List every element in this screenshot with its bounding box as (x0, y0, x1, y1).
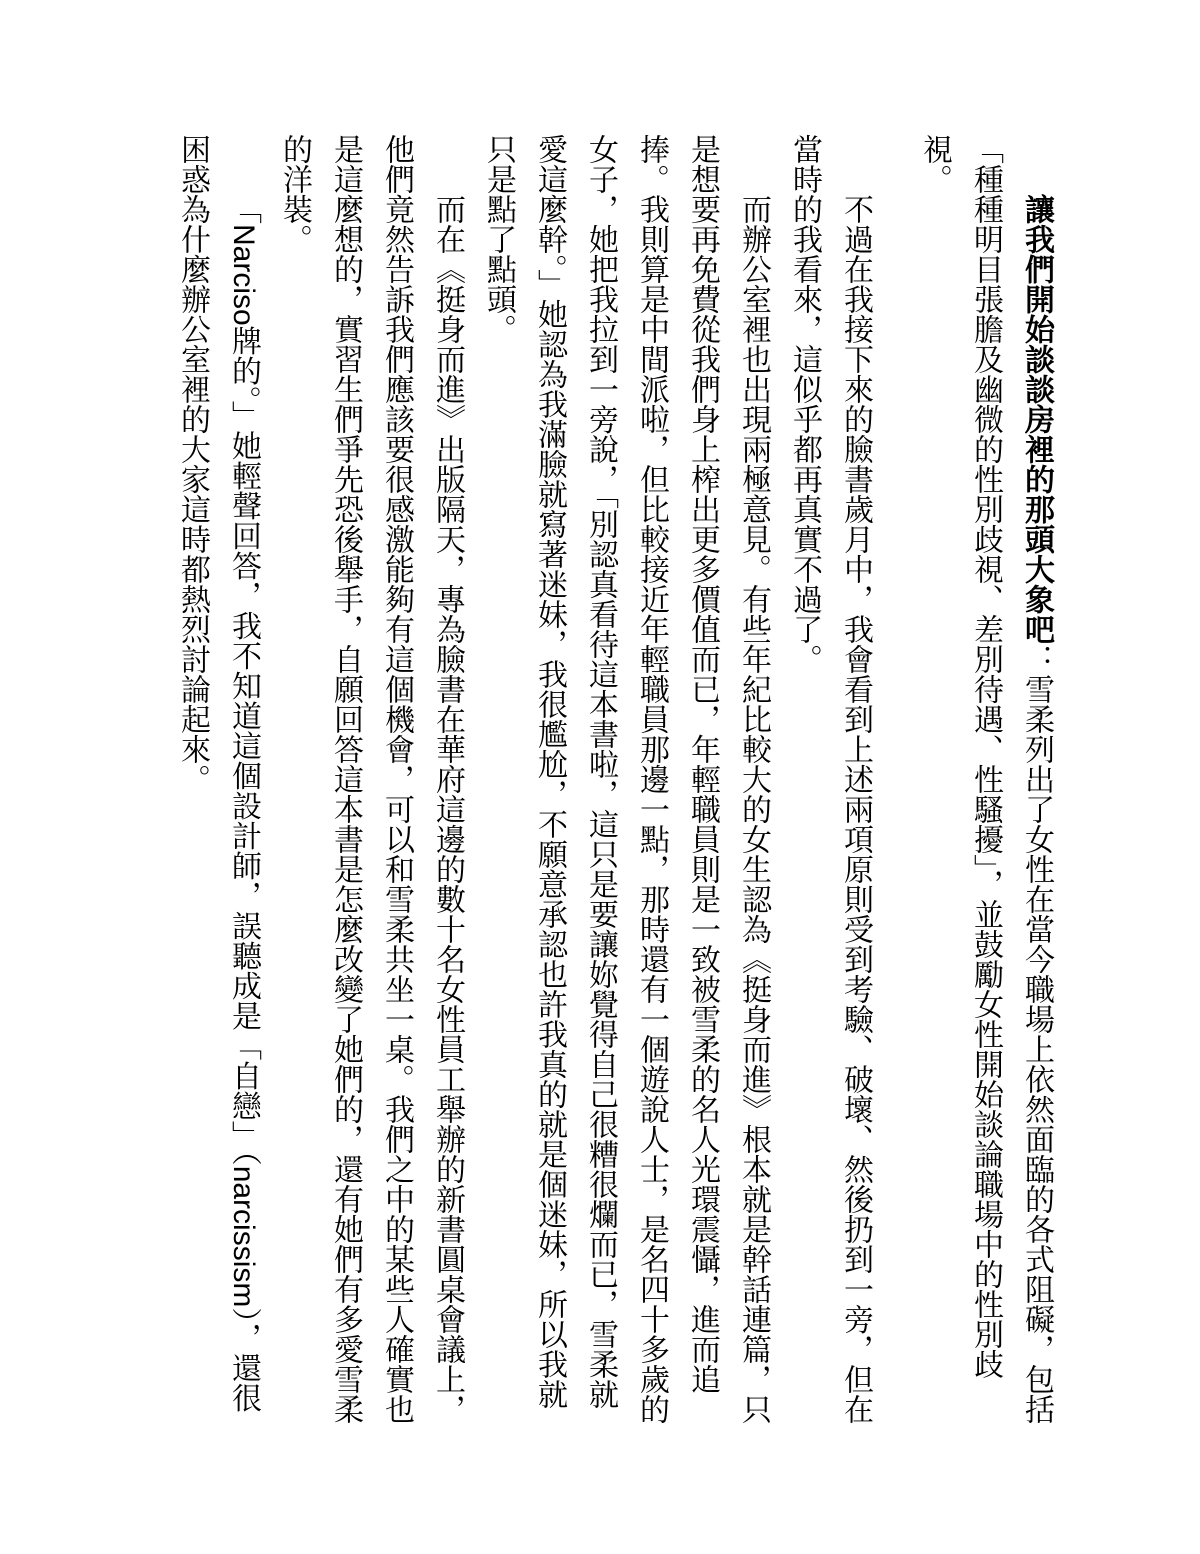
paragraph-2: 不過在我接下來的臉書歲月中，我會看到上述兩項原則受到考驗、破壞、然後扔到一旁，但… (779, 134, 881, 1434)
vertical-text-block: 讓我們開始談談房裡的那頭大象吧：雪柔列出了女性在當今職場上依然面臨的各式阻礙，包… (167, 134, 1062, 1434)
paragraph-4: 而在《挺身而進》出版隔天，專為臉書在華府這邊的數十名女性員工舉辦的新書圓桌會議上… (269, 134, 473, 1434)
paragraph-5: 「Narciso牌的。」她輕聲回答，我不知道這個設計師，誤聽成是「自戀」（nar… (167, 134, 269, 1434)
paragraph-intro: 讓我們開始談談房裡的那頭大象吧：雪柔列出了女性在當今職場上依然面臨的各式阻礙，包… (909, 134, 1062, 1434)
intro-bold-lead: 讓我們開始談談房裡的那頭大象吧 (1020, 194, 1053, 644)
book-page: 讓我們開始談談房裡的那頭大象吧：雪柔列出了女性在當今職場上依然面臨的各式阻礙，包… (0, 0, 1200, 1554)
paragraph-3: 而辦公室裡也出現兩極意見。有些年紀比較大的女生認為《挺身而進》根本就是幹話連篇，… (473, 134, 779, 1434)
